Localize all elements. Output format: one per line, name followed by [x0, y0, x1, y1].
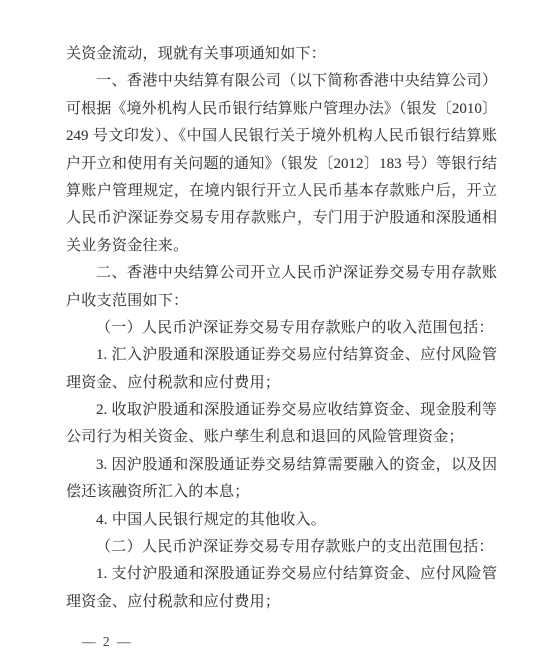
text-line: 户开立和使用有关问题的通知》（银发〔2012〕183 号）等银行结 [66, 151, 497, 178]
text-line: 一、香港中央结算有限公司（以下简称香港中央结算公司） [66, 68, 497, 95]
text-line: 人民币沪深证券交易专用存款账户，专门用于沪股通和深股通相 [66, 205, 497, 232]
text-line: 理资金、应付税款和应付费用； [66, 370, 497, 397]
text-line: 偿还该融资所汇入的本息； [66, 479, 497, 506]
text-line: 1. 支付沪股通和深股通证券交易应付结算资金、应付风险管 [66, 561, 497, 588]
document-body: 关资金流动，现就有关事项通知如下： 一、香港中央结算有限公司（以下简称香港中央结… [66, 41, 497, 616]
text-line: 公司行为相关资金、账户孳生利息和退回的风险管理资金； [66, 424, 497, 451]
text-line: 3. 因沪股通和深股通证券交易结算需要融入的资金，以及因 [66, 452, 497, 479]
text-line: 2. 收取沪股通和深股通证券交易应收结算资金、现金股利等 [66, 397, 497, 424]
text-line: （二）人民币沪深证券交易专用存款账户的支出范围包括： [66, 534, 497, 561]
text-line: 户收支范围如下： [66, 288, 497, 315]
text-line: 4. 中国人民银行规定的其他收入。 [66, 507, 497, 534]
text-line: 1. 汇入沪股通和深股通证券交易应付结算资金、应付风险管 [66, 342, 497, 369]
page-number: — 2 — [82, 633, 133, 651]
text-line: 理资金、应付税款和应付费用； [66, 589, 497, 616]
text-line: 算账户管理规定，在境内银行开立人民币基本存款账户后，开立 [66, 178, 497, 205]
text-line: 249 号文印发）、《中国人民银行关于境外机构人民币银行结算账 [66, 123, 497, 150]
text-line: 关资金流动，现就有关事项通知如下： [66, 41, 497, 68]
text-line: （一）人民币沪深证券交易专用存款账户的收入范围包括： [66, 315, 497, 342]
text-line: 可根据《境外机构人民币银行结算账户管理办法》（银发〔2010〕 [66, 96, 497, 123]
text-line: 关业务资金往来。 [66, 233, 497, 260]
text-line: 二、香港中央结算公司开立人民币沪深证券交易专用存款账 [66, 260, 497, 287]
document-page: 关资金流动，现就有关事项通知如下： 一、香港中央结算有限公司（以下简称香港中央结… [0, 0, 550, 664]
